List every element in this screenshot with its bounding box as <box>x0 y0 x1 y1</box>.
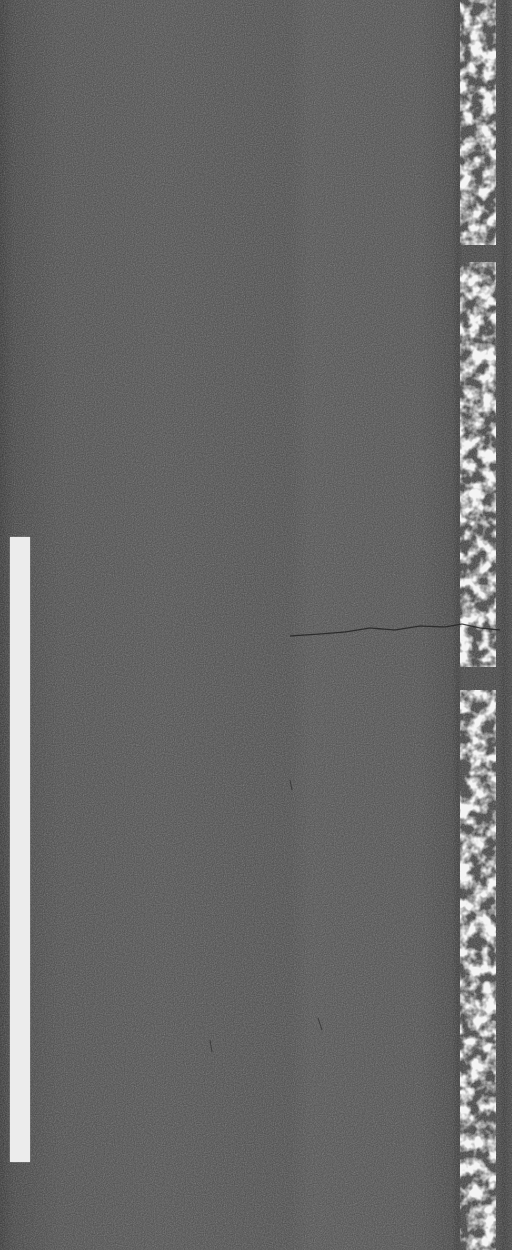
road-surface <box>0 0 512 1250</box>
transverse-crack <box>0 0 512 1250</box>
